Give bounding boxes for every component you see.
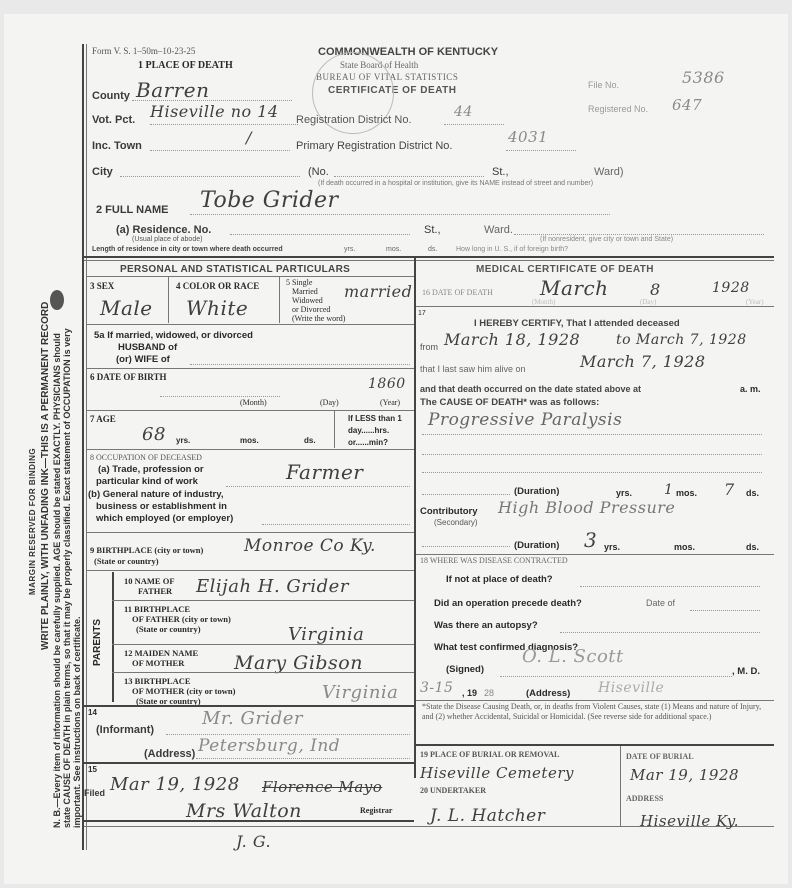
- initials-value: J. G.: [236, 832, 271, 851]
- county-field[interactable]: Barren: [132, 78, 292, 101]
- file-no-label: File No.: [588, 80, 619, 90]
- color-label: 4 COLOR OR RACE: [176, 281, 259, 291]
- dob-month-field[interactable]: [160, 386, 280, 397]
- secondary-label: (Secondary): [434, 518, 478, 527]
- informant-label: (Informant): [96, 724, 154, 736]
- county-value: Barren: [136, 78, 209, 102]
- occ-a-label-2: particular kind of work: [96, 476, 198, 487]
- inc-town-field[interactable]: /: [150, 128, 290, 151]
- registration-district-field[interactable]: 44: [444, 104, 504, 125]
- parents-divider: [112, 572, 114, 702]
- md-label: , M. D.: [732, 666, 760, 677]
- informant-address-field[interactable]: Petersburg, Ind: [196, 738, 410, 759]
- duration-2-label: (Duration): [514, 540, 559, 551]
- duration-2-ds: ds.: [746, 542, 759, 552]
- attended-from-value[interactable]: March 18, 1928: [444, 330, 580, 349]
- occupation-value: Farmer: [286, 460, 363, 484]
- divider-main-2: [84, 260, 774, 261]
- marital-label-4: or Divorced: [292, 305, 330, 314]
- registration-district-value: 44: [454, 104, 473, 120]
- undertaker-address-label: ADDRESS: [626, 794, 663, 803]
- cause-value: Progressive Paralysis: [428, 410, 622, 430]
- length-residence-label: Length of residence in city or town wher…: [92, 246, 283, 253]
- sex-value[interactable]: Male: [100, 296, 153, 320]
- city-no-label: (No.: [308, 166, 329, 178]
- divider-informant: [84, 705, 414, 707]
- medical-heading: MEDICAL CERTIFICATE OF DEATH: [476, 264, 654, 275]
- registrar-name-value[interactable]: Mrs Walton: [186, 800, 302, 822]
- residence-ward-field[interactable]: [514, 222, 764, 235]
- vot-pct-field[interactable]: Hiseville no 14: [150, 100, 298, 125]
- occ-b-label-1: (b) General nature of industry,: [88, 489, 223, 500]
- margin-note-line2: state CAUSE OF DEATH in plain terms, so …: [62, 328, 72, 828]
- employer-field[interactable]: [262, 514, 410, 525]
- row-line-5: [86, 532, 414, 533]
- cause-label: The CAUSE OF DEATH* was as follows:: [420, 397, 599, 408]
- dob-label: 6 DATE OF BIRTH: [90, 372, 166, 382]
- margin-reserved-text: MARGIN RESERVED FOR BINDING: [28, 448, 37, 595]
- informant-address-value: Petersburg, Ind: [198, 736, 340, 756]
- spouse-label-2: HUSBAND of: [118, 342, 177, 353]
- cause-line-3[interactable]: [422, 462, 762, 473]
- duration-1-ds: ds.: [746, 488, 759, 498]
- primary-registration-field[interactable]: 4031: [506, 128, 576, 151]
- attended-from-label: from: [420, 342, 438, 352]
- filed-struck-name: Florence Mayo: [262, 778, 382, 796]
- vot-pct-value: Hiseville no 14: [150, 102, 279, 121]
- length-mos: mos.: [386, 246, 401, 253]
- age-ds-label: ds.: [304, 436, 316, 445]
- city-label: City: [92, 166, 113, 178]
- full-name-label: 2 FULL NAME: [96, 204, 169, 216]
- sign-date-value[interactable]: 3-15: [420, 680, 453, 696]
- father-label-1: 10 NAME OF: [124, 576, 175, 586]
- full-name-value: Tobe Grider: [200, 188, 339, 213]
- parents-row-1: [112, 600, 414, 601]
- mother-name-value[interactable]: Mary Gibson: [234, 652, 363, 674]
- marital-label-3: Widowed: [292, 296, 323, 305]
- full-name-field[interactable]: Tobe Grider: [190, 188, 610, 215]
- dob-year-value[interactable]: 1860: [368, 376, 406, 392]
- city-st-label: St.,: [492, 166, 509, 178]
- father-bp-label-3: (State or country): [136, 624, 201, 634]
- residence-label: (a) Residence. No.: [116, 224, 211, 236]
- not-at-place-field[interactable]: [580, 574, 760, 587]
- med-row-line-3: [416, 700, 774, 701]
- birthplace-value[interactable]: Monroe Co Ky.: [244, 536, 376, 556]
- row-line-1: [86, 324, 414, 325]
- med-divider-burial: [416, 744, 774, 746]
- occupation-field[interactable]: Farmer: [226, 466, 410, 487]
- registration-district-label: Registration District No.: [296, 114, 412, 126]
- duration-1-mos: mos.: [676, 488, 697, 498]
- divider-main: [84, 256, 774, 258]
- death-occurred-text: and that death occurred on the date stat…: [420, 384, 641, 394]
- contributory-value[interactable]: High Blood Pressure: [498, 498, 675, 517]
- med-row-line-2: [416, 554, 774, 555]
- undertaker-value[interactable]: J. L. Hatcher: [430, 806, 545, 826]
- usual-place-note: (Usual place of abode): [132, 236, 202, 243]
- inc-town-value: /: [246, 128, 252, 147]
- margin-note-line1: N. B.—Every item of information should b…: [52, 333, 62, 828]
- father-bp-label-1: 11 BIRTHPLACE: [124, 604, 190, 614]
- dod-month-caption: (Month): [532, 298, 555, 306]
- color-value[interactable]: White: [186, 296, 248, 320]
- frame-left: [82, 44, 84, 850]
- duration-2-yrs-value[interactable]: 3: [584, 528, 597, 552]
- med-row-line-1: [416, 306, 774, 307]
- last-saw-label: that I last saw him alive on: [420, 364, 526, 374]
- occupation-heading: 8 OCCUPATION OF DECEASED: [90, 453, 202, 462]
- duration-1-mos-value[interactable]: 1: [664, 482, 673, 498]
- primary-registration-label: Primary Registration District No.: [296, 140, 452, 152]
- dod-month-value[interactable]: March: [540, 276, 609, 300]
- attended-to-value[interactable]: to March 7, 1928: [616, 332, 747, 348]
- divider-filed: [84, 762, 414, 764]
- dod-label: 16 DATE OF DEATH: [422, 288, 493, 297]
- autopsy-field[interactable]: [560, 620, 760, 633]
- informant-field[interactable]: Mr. Grider: [166, 714, 410, 735]
- occ-a-label-1: (a) Trade, profession or: [98, 464, 204, 475]
- filed-label: Filed: [84, 788, 105, 798]
- burial-divider: [620, 746, 621, 826]
- father-name-value[interactable]: Elijah H. Grider: [196, 576, 349, 597]
- duration-1-yrs: yrs.: [616, 488, 632, 498]
- signature-value: O. L. Scott: [522, 646, 624, 667]
- burial-date-label: DATE OF BURIAL: [626, 752, 694, 761]
- signed-label: (Signed): [446, 664, 484, 675]
- physician-address-label: (Address): [526, 688, 570, 699]
- dob-year-caption: (Year): [380, 398, 400, 407]
- file-no-value: 5386: [682, 68, 725, 87]
- disease-contracted-label: 18 WHERE WAS DISEASE CONTRACTED: [420, 556, 568, 565]
- autopsy-label: Was there an autopsy?: [434, 620, 538, 631]
- how-long-us-label: How long in U. S., if of foreign birth?: [456, 246, 568, 253]
- registered-no-value: 647: [672, 96, 702, 114]
- personal-heading-line: [86, 276, 414, 277]
- cause-footnote: *State the Disease Causing Death, or, in…: [422, 702, 766, 721]
- less-hrs: day......hrs.: [348, 426, 389, 435]
- occ-b-label-2: business or establishment in: [96, 501, 227, 512]
- spouse-label-1: 5a If married, widowed, or divorced: [94, 330, 253, 341]
- duration-1-ds-value[interactable]: 7: [724, 480, 735, 499]
- city-field[interactable]: [120, 164, 300, 177]
- row-line-2: [86, 368, 414, 369]
- informant-number: 14: [88, 708, 97, 717]
- place-of-death-heading: 1 PLACE OF DEATH: [138, 60, 233, 71]
- father-label-2: FATHER: [138, 586, 172, 596]
- margin-note-line3: important. See instructions on back of c…: [72, 616, 82, 828]
- cause-field[interactable]: Progressive Paralysis: [422, 410, 762, 435]
- age-label: 7 AGE: [90, 414, 116, 424]
- death-time-value[interactable]: a. m.: [740, 384, 761, 394]
- dod-year-caption: (Year): [746, 298, 764, 306]
- frame-left-inner: [86, 44, 87, 850]
- row-line-4: [86, 449, 414, 450]
- dod-day-value[interactable]: 8: [650, 280, 661, 299]
- signature-field[interactable]: O. L. Scott: [500, 662, 732, 677]
- length-yrs: yrs.: [344, 246, 355, 253]
- filed-date-value[interactable]: Mar 19, 1928: [110, 774, 240, 795]
- parents-label: PARENTS: [92, 619, 103, 666]
- marital-label-5: (Write the word): [292, 314, 345, 323]
- nonresident-note: (If nonresident, give city or town and S…: [540, 236, 673, 243]
- row-line-3: [86, 410, 414, 411]
- margin-write-plainly: WRITE PLAINLY, WITH UNFADING INK—THIS IS…: [40, 302, 51, 650]
- father-bp-label-2: OF FATHER (city or town): [132, 614, 231, 624]
- dod-day-caption: (Day): [640, 298, 656, 306]
- dob-day-caption: (Day): [320, 398, 339, 407]
- cert-number: 17: [418, 310, 426, 317]
- duration-1-label: (Duration): [514, 486, 559, 497]
- personal-heading: PERSONAL AND STATISTICAL PARTICULARS: [120, 264, 350, 275]
- city-no-field[interactable]: [334, 164, 484, 177]
- registered-no-label: Registered No.: [588, 104, 648, 114]
- registrar-label: Registrar: [360, 806, 392, 815]
- dod-year-value[interactable]: 1928: [712, 280, 750, 296]
- not-at-place-label: If not at place of death?: [446, 574, 553, 585]
- inc-town-label: Inc. Town: [92, 140, 142, 152]
- sign-year-prefix: , 19: [462, 688, 477, 698]
- operation-label: Did an operation precede death?: [434, 598, 582, 609]
- burial-place-label: 19 PLACE OF BURIAL OR REMOVAL: [420, 750, 559, 759]
- residence-no-field[interactable]: [230, 222, 410, 235]
- row-line-6: [86, 570, 414, 571]
- parents-row-2: [112, 644, 414, 645]
- father-birthplace-value[interactable]: Virginia: [288, 624, 364, 645]
- burial-place-value[interactable]: Hiseville Cemetery: [420, 764, 574, 782]
- primary-registration-value: 4031: [508, 128, 548, 146]
- age-divider: [334, 410, 335, 448]
- duration-1-lead: [422, 486, 510, 495]
- undertaker-label: 20 UNDERTAKER: [420, 786, 486, 795]
- margin-ink-blot: [50, 290, 64, 310]
- spouse-field[interactable]: [190, 354, 410, 365]
- duration-2-yrs: yrs.: [604, 542, 620, 552]
- contributory-label: Contributory: [420, 506, 478, 517]
- spouse-label-3: (or) WIFE of: [116, 354, 170, 365]
- filed-number: 15: [88, 765, 97, 774]
- operation-date-label: Date of: [646, 598, 675, 608]
- certify-text: I HEREBY CERTIFY, That I attended deceas…: [474, 318, 680, 329]
- length-ds: ds.: [428, 246, 437, 253]
- less-min: or......min?: [348, 438, 388, 447]
- divider-bottom-left: [84, 820, 414, 822]
- hospital-note: (If death occurred in a hospital or inst…: [318, 180, 593, 187]
- physician-address-value[interactable]: Hiseville: [598, 680, 664, 696]
- dob-month-caption: (Month): [240, 398, 267, 407]
- informant-address-label: (Address): [144, 748, 195, 760]
- last-saw-value[interactable]: March 7, 1928: [580, 352, 706, 371]
- marital-label-1: 5 Single: [286, 278, 312, 287]
- sign-year-value[interactable]: 28: [484, 688, 494, 698]
- county-label: County: [92, 90, 130, 102]
- vot-pct-label: Vot. Pct.: [92, 114, 135, 126]
- burial-date-value[interactable]: Mar 19, 1928: [630, 766, 739, 784]
- mother-bp-label-2: OF MOTHER (city or town): [132, 686, 235, 696]
- informant-value: Mr. Grider: [202, 708, 303, 729]
- duration-2-lead: [422, 538, 510, 547]
- less-than-1: If LESS than 1: [348, 414, 402, 423]
- occ-b-label-3: which employed (or employer): [96, 513, 233, 524]
- age-mos-label: mos.: [240, 436, 259, 445]
- birthplace-label-1: 9 BIRTHPLACE (city or town): [90, 545, 203, 555]
- duration-2-mos: mos.: [674, 542, 695, 552]
- birthplace-label-2: (State or country): [94, 556, 159, 566]
- cause-line-2[interactable]: [422, 440, 762, 455]
- color-divider: [279, 277, 280, 323]
- residence-st-label: St.,: [424, 224, 441, 236]
- undertaker-address-value[interactable]: Hiseville Ky.: [640, 812, 739, 830]
- parents-row-3: [112, 672, 414, 673]
- sex-divider: [168, 277, 169, 323]
- mother-bp-label-1: 13 BIRTHPLACE: [124, 676, 191, 686]
- sex-label: 3 SEX: [90, 281, 114, 291]
- residence-ward-label: Ward.: [484, 224, 513, 236]
- age-value[interactable]: 68: [142, 424, 166, 445]
- city-ward-label: Ward): [594, 166, 624, 178]
- marital-label-2: Married: [292, 287, 318, 296]
- mother-label-1: 12 MAIDEN NAME: [124, 648, 198, 658]
- mother-birthplace-value[interactable]: Virginia: [322, 682, 398, 703]
- marital-value[interactable]: married: [344, 282, 412, 301]
- operation-date-field[interactable]: [690, 598, 760, 611]
- form-id: Form V. S. 1–50m–10-23-25: [92, 46, 195, 56]
- mother-label-2: OF MOTHER: [132, 658, 184, 668]
- age-yrs-label: yrs.: [176, 436, 190, 445]
